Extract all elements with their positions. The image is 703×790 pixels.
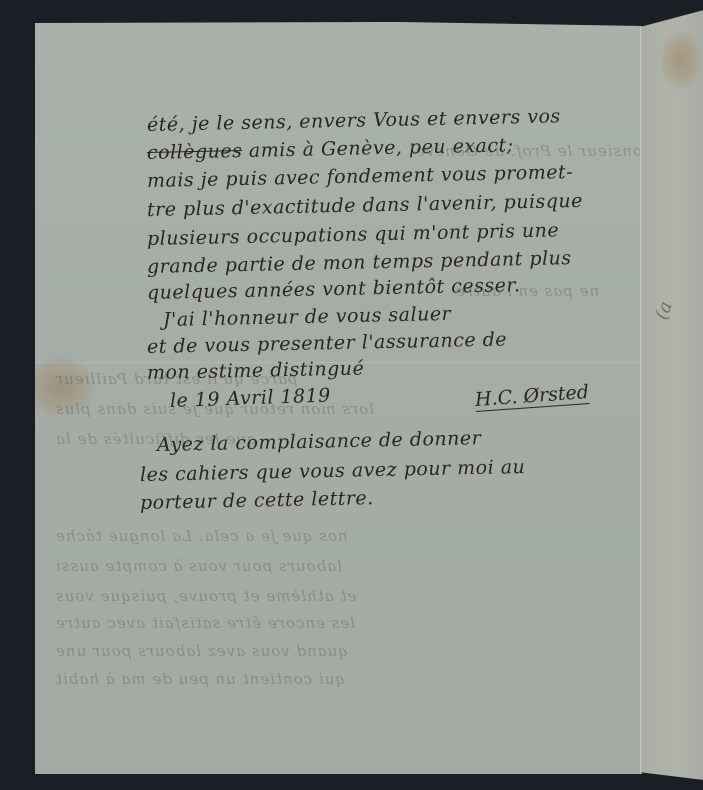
letter-line: mais je puis avec fondement vous promet-: [147, 161, 573, 192]
bleed-through-text: nos que je a cela. La longue tâche: [55, 527, 348, 545]
letter-line: tre plus d'exactitude dans l'avenir, pui…: [147, 190, 583, 221]
letter-line: grande partie de mon temps pendant plus: [147, 247, 572, 278]
bleed-through-text: qui contient un peu de ma à habit: [55, 670, 345, 688]
postscript-line: porteur de cette lettre.: [140, 487, 374, 514]
bleed-through-text: et athlème et prouve, puisque vous: [55, 587, 356, 605]
letter-line: été, je le sens, envers Vous et envers v…: [147, 105, 561, 136]
bleed-through-text: les encore être satisfait avec autre: [55, 614, 355, 632]
foxing-stain: [661, 30, 701, 90]
signature: H.C. Ørsted: [474, 381, 589, 412]
postscript-line: les cahiers que vous avez pour moi au: [140, 456, 526, 486]
letter-line: J'ai l'honneur de vous saluer: [163, 303, 452, 331]
margin-note: (a: [651, 299, 677, 323]
letter-page: à Monsieur le Prof. de Genève ne pas en …: [35, 22, 642, 774]
bleed-through-text: quand vous avez labours pour une: [55, 642, 348, 660]
letter-line: et de vous presenter l'assurance de: [147, 328, 508, 358]
struck-word: collègues: [147, 140, 243, 164]
adjacent-page: (a: [640, 10, 703, 780]
letter-line: mon estime distingué: [147, 357, 365, 384]
bleed-through-text: labours pour vous à compte aussi: [55, 557, 342, 575]
letter-line: plusieurs occupations qui m'ont pris une: [147, 219, 560, 250]
